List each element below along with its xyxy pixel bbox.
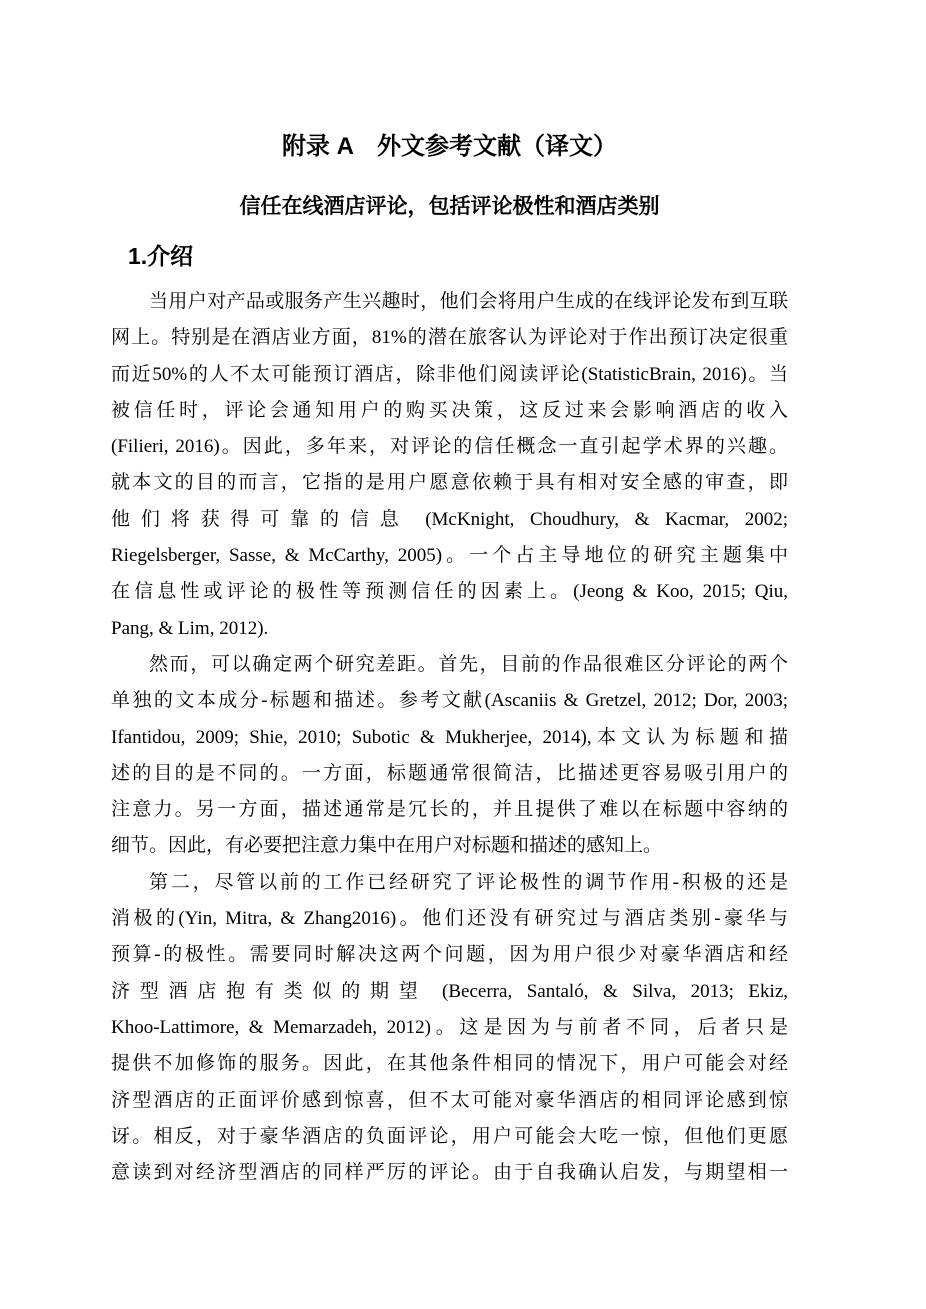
paragraph-1-line-4: 被信任时，评论会通知用户的购买决策，这反过来会影响酒店的收入	[111, 393, 788, 429]
paragraph-3-line-7: 济型酒店的正面评价感到惊喜，但不太可能对豪华酒店的相同评论感到惊	[111, 1083, 788, 1119]
paragraph-1-line-2: 网上。特别是在酒店业方面，81%的潜在旅客认为评论对于作出预订决定很重要，	[111, 320, 788, 356]
paragraph-1-line-8: Riegelsberger, Sasse, & McCarthy, 2005)。…	[111, 538, 788, 574]
paragraph-3-line-3: 预算-的极性。需要同时解决这两个问题，因为用户很少对豪华酒店和经	[111, 937, 788, 973]
paragraph-2-line-4: 述的目的是不同的。一方面，标题通常很简洁，比描述更容易吸引用户的	[111, 756, 788, 792]
paragraph-2-line-6: 细节。因此，有必要把注意力集中在用户对标题和描述的感知上。	[111, 828, 788, 864]
document-page: 附录 A 外文参考文献（译文） 信任在线酒店评论，包括评论极性和酒店类别 1.介…	[0, 0, 926, 1309]
section-heading-introduction: 1.介绍	[128, 243, 193, 269]
paragraph-1-line-6: 就本文的目的而言，它指的是用户愿意依赖于具有相对安全感的审查，即	[111, 465, 788, 501]
paragraph-1-line-5: (Filieri, 2016)。因此，多年来，对评论的信任概念一直引起学术界的兴…	[111, 429, 788, 465]
paragraph-1-line-10: Pang, & Lim, 2012).	[111, 611, 788, 647]
paper-title: 信任在线酒店评论，包括评论极性和酒店类别	[111, 194, 788, 220]
paragraph-2-line-2: 单独的文本成分-标题和描述。参考文献(Ascaniis & Gretzel, 2…	[111, 683, 788, 719]
paragraph-1-line-7: 他们将获得可靠的信息 (McKnight, Choudhury, & Kacma…	[111, 502, 788, 538]
paragraph-2-line-3: Ifantidou, 2009; Shie, 2010; Subotic & M…	[111, 720, 788, 756]
appendix-title: 附录 A 外文参考文献（译文）	[111, 133, 788, 161]
paragraph-3-line-2: 消极的(Yin, Mitra, & Zhang2016)。他们还没有研究过与酒店…	[111, 901, 788, 937]
paragraph-1-line-1: 当用户对产品或服务产生兴趣时，他们会将用户生成的在线评论发布到互联	[111, 284, 788, 320]
paragraph-1-line-9: 在信息性或评论的极性等预测信任的因素上。(Jeong & Koo, 2015; …	[111, 574, 788, 610]
paragraph-3-line-4: 济型酒店抱有类似的期望 (Becerra, Santaló, & Silva, …	[111, 974, 788, 1010]
body-text: 当用户对产品或服务产生兴趣时，他们会将用户生成的在线评论发布到互联网上。特别是在…	[111, 284, 788, 1191]
paragraph-3-line-9: 意读到对经济型酒店的同样严厉的评论。由于自我确认启发，与期望相一	[111, 1155, 788, 1191]
paragraph-1-line-3: 而近50%的人不太可能预订酒店，除非他们阅读评论(StatisticBrain,…	[111, 357, 788, 393]
paragraph-3-line-6: 提供不加修饰的服务。因此，在其他条件相同的情况下，用户可能会对经	[111, 1046, 788, 1082]
paragraph-3-line-1: 第二，尽管以前的工作已经研究了评论极性的调节作用-积极的还是	[111, 865, 788, 901]
paragraph-2-line-5: 注意力。另一方面，描述通常是冗长的，并且提供了难以在标题中容纳的	[111, 792, 788, 828]
paragraph-3-line-8: 讶。相反，对于豪华酒店的负面评论，用户可能会大吃一惊，但他们更愿	[111, 1119, 788, 1155]
paragraph-2-line-1: 然而，可以确定两个研究差距。首先，目前的作品很难区分评论的两个	[111, 647, 788, 683]
paragraph-3-line-5: Khoo-Lattimore, & Memarzadeh, 2012)。这是因为…	[111, 1010, 788, 1046]
